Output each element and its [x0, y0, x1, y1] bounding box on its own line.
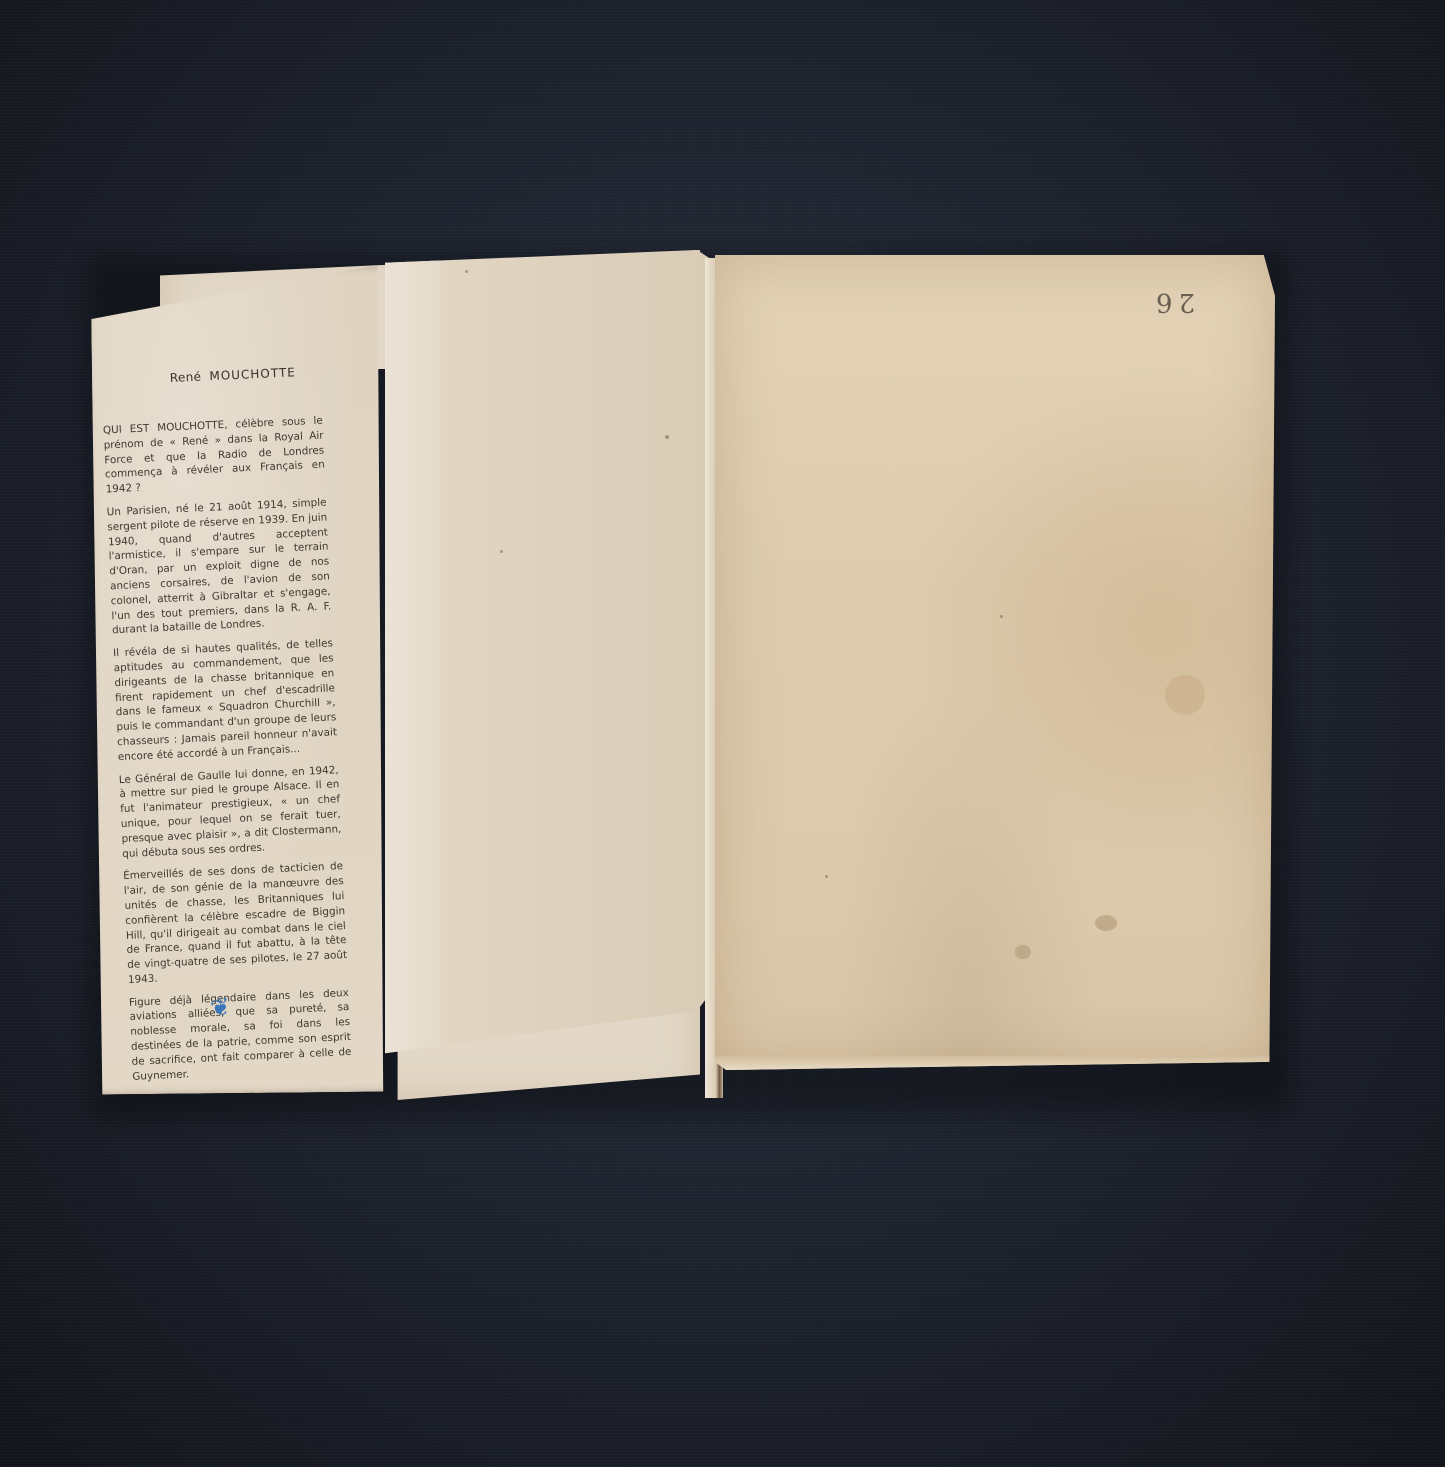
stain — [1095, 915, 1117, 931]
right-page: 26 — [715, 255, 1275, 1070]
stain — [1015, 945, 1031, 959]
title-last-name: MOUCHOTTE — [209, 365, 296, 383]
stain — [1165, 675, 1205, 715]
foxing-spot — [825, 875, 828, 878]
inside-cover-board — [385, 250, 710, 1100]
flap-blurb: QUI EST MOUCHOTTE, célèbre sous le préno… — [103, 414, 353, 1093]
foxing-spot — [500, 550, 503, 553]
blurb-paragraph: Un Parisien, né le 21 août 1914, simple … — [106, 495, 332, 638]
handwritten-pencil-mark: 26 — [1150, 287, 1195, 317]
foxing-spot — [465, 270, 468, 273]
blurb-paragraph: Il révéla de si hautes qualités, de tell… — [113, 636, 338, 764]
blurb-paragraph: Émerveillés de ses dons de tacticien de … — [123, 859, 348, 987]
blurb-paragraph: QUI EST MOUCHOTTE, célèbre sous le préno… — [103, 414, 326, 498]
blurb-paragraph: Le Général de Gaulle lui donne, en 1942,… — [119, 763, 343, 862]
foxing-spot — [665, 435, 669, 439]
foxing-spot — [1000, 615, 1003, 618]
blurb-paragraph: Figure déjà légendaire dans les deux avi… — [129, 986, 353, 1085]
jacket-fold-strip — [385, 250, 440, 1100]
dust-jacket-front-flap: René MOUCHOTTE QUI EST MOUCHOTTE, célèbr… — [91, 266, 402, 1094]
title-first-name: René — [170, 370, 202, 385]
flap-title: René MOUCHOTTE — [170, 365, 297, 385]
